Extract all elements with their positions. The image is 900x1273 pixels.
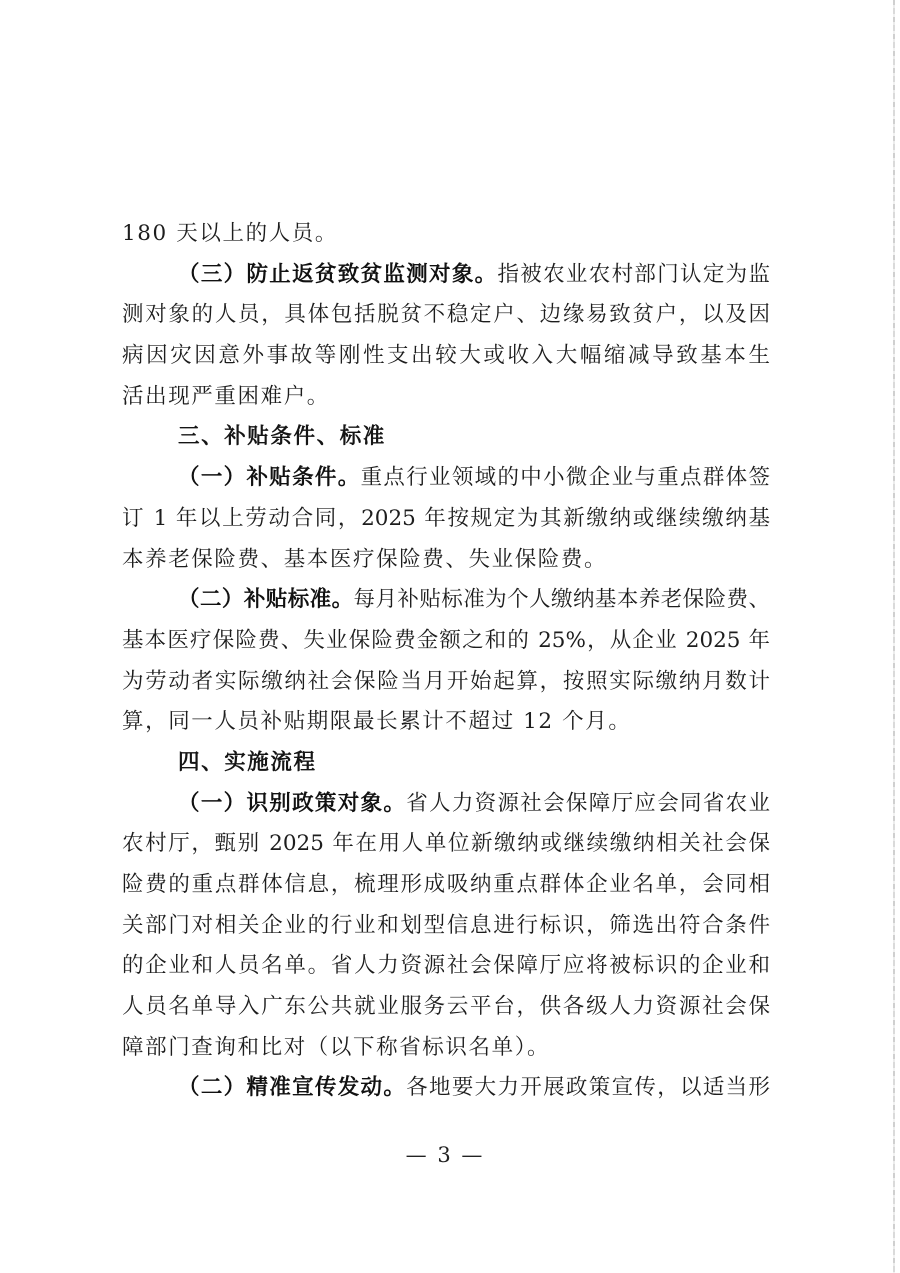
- section-heading-4: 四、实施流程: [122, 743, 770, 784]
- run: 指被农业农村部门认定为监: [497, 262, 770, 287]
- run: 算，同一人员补贴期限最长累计不超过 12 个月。: [122, 709, 631, 734]
- section-heading-3: 三、补贴条件、标准: [122, 417, 770, 458]
- text-line: 农村厅，甄别 2025 年在用人单位新缴纳或继续缴纳相关社会保: [122, 824, 770, 865]
- text-line: 180 天以上的人员。: [122, 214, 770, 255]
- run: 四、实施流程: [178, 750, 317, 775]
- text-line: 活出现严重困难户。: [122, 377, 770, 418]
- run: 本养老保险费、基本医疗保险费、失业保险费。: [122, 547, 607, 572]
- text-line: 测对象的人员，具体包括脱贫不稳定户、边缘易致贫户，以及因: [122, 295, 770, 336]
- run-bold: （一）补贴条件。: [178, 465, 361, 490]
- run: 180 天以上的人员。: [122, 221, 338, 246]
- run: 为劳动者实际缴纳社会保险当月开始起算，按照实际缴纳月数计: [122, 669, 770, 694]
- text-line: （一）识别政策对象。省人力资源社会保障厅应会同省农业: [122, 784, 770, 825]
- run: 测对象的人员，具体包括脱贫不稳定户、边缘易致贫户，以及因: [122, 302, 770, 327]
- text-line: 算，同一人员补贴期限最长累计不超过 12 个月。: [122, 702, 770, 743]
- run: 病因灾因意外事故等刚性支出较大或收入大幅缩减导致基本生: [122, 343, 770, 368]
- text-line: 病因灾因意外事故等刚性支出较大或收入大幅缩减导致基本生: [122, 336, 770, 377]
- text-line: 订 1 年以上劳动合同，2025 年按规定为其新缴纳或继续缴纳基: [122, 499, 770, 540]
- text-line: （一）补贴条件。重点行业领域的中小微企业与重点群体签: [122, 458, 770, 499]
- run: 的企业和人员名单。省人力资源社会保障厅应将被标识的企业和: [122, 953, 770, 978]
- text-line: （二）精准宣传发动。各地要大力开展政策宣传，以适当形: [122, 1068, 770, 1109]
- run: 每月补贴标准为个人缴纳基本养老保险费、: [354, 587, 770, 612]
- text-line: （二）补贴标准。每月补贴标准为个人缴纳基本养老保险费、: [122, 580, 770, 621]
- text-line: 险费的重点群体信息，梳理形成吸纳重点群体企业名单，会同相: [122, 865, 770, 906]
- text-line: 基本医疗保险费、失业保险费金额之和的 25%，从企业 2025 年: [122, 621, 770, 662]
- run-bold: （三）防止返贫致贫监测对象。: [178, 262, 497, 287]
- run: 障部门查询和比对（以下称省标识名单）。: [122, 1035, 550, 1060]
- run-bold: （二）精准宣传发动。: [178, 1075, 406, 1100]
- text-line: （三）防止返贫致贫监测对象。指被农业农村部门认定为监: [122, 255, 770, 296]
- run: 订 1 年以上劳动合同，2025 年按规定为其新缴纳或继续缴纳基: [122, 506, 770, 531]
- text-line: 人员名单导入广东公共就业服务云平台，供各级人力资源社会保: [122, 987, 770, 1028]
- run-bold: （二）补贴标准。: [178, 587, 354, 612]
- run: 关部门对相关企业的行业和划型信息进行标识，筛选出符合条件: [122, 913, 770, 938]
- scanned-document-page: 180 天以上的人员。 （三）防止返贫致贫监测对象。指被农业农村部门认定为监 测…: [0, 0, 900, 1273]
- text-line: 本养老保险费、基本医疗保险费、失业保险费。: [122, 540, 770, 581]
- run: 活出现严重困难户。: [122, 384, 330, 409]
- document-body: 180 天以上的人员。 （三）防止返贫致贫监测对象。指被农业农村部门认定为监 测…: [122, 214, 770, 1109]
- run: 重点行业领域的中小微企业与重点群体签: [361, 465, 770, 490]
- run: 基本医疗保险费、失业保险费金额之和的 25%，从企业 2025 年: [122, 628, 770, 653]
- text-line: 障部门查询和比对（以下称省标识名单）。: [122, 1028, 770, 1069]
- run: 省人力资源社会保障厅应会同省农业: [406, 791, 770, 816]
- run: 人员名单导入广东公共就业服务云平台，供各级人力资源社会保: [122, 994, 770, 1019]
- run-bold: （一）识别政策对象。: [178, 791, 406, 816]
- text-line: 的企业和人员名单。省人力资源社会保障厅应将被标识的企业和: [122, 946, 770, 987]
- run: 三、补贴条件、标准: [178, 424, 386, 449]
- run: 险费的重点群体信息，梳理形成吸纳重点群体企业名单，会同相: [122, 872, 770, 897]
- page-number: — 3 —: [0, 1143, 890, 1167]
- scan-edge-artifact: [893, 0, 895, 1273]
- text-line: 关部门对相关企业的行业和划型信息进行标识，筛选出符合条件: [122, 906, 770, 947]
- run: 农村厅，甄别 2025 年在用人单位新缴纳或继续缴纳相关社会保: [122, 831, 770, 856]
- run: 各地要大力开展政策宣传，以适当形: [406, 1075, 770, 1100]
- text-line: 为劳动者实际缴纳社会保险当月开始起算，按照实际缴纳月数计: [122, 662, 770, 703]
